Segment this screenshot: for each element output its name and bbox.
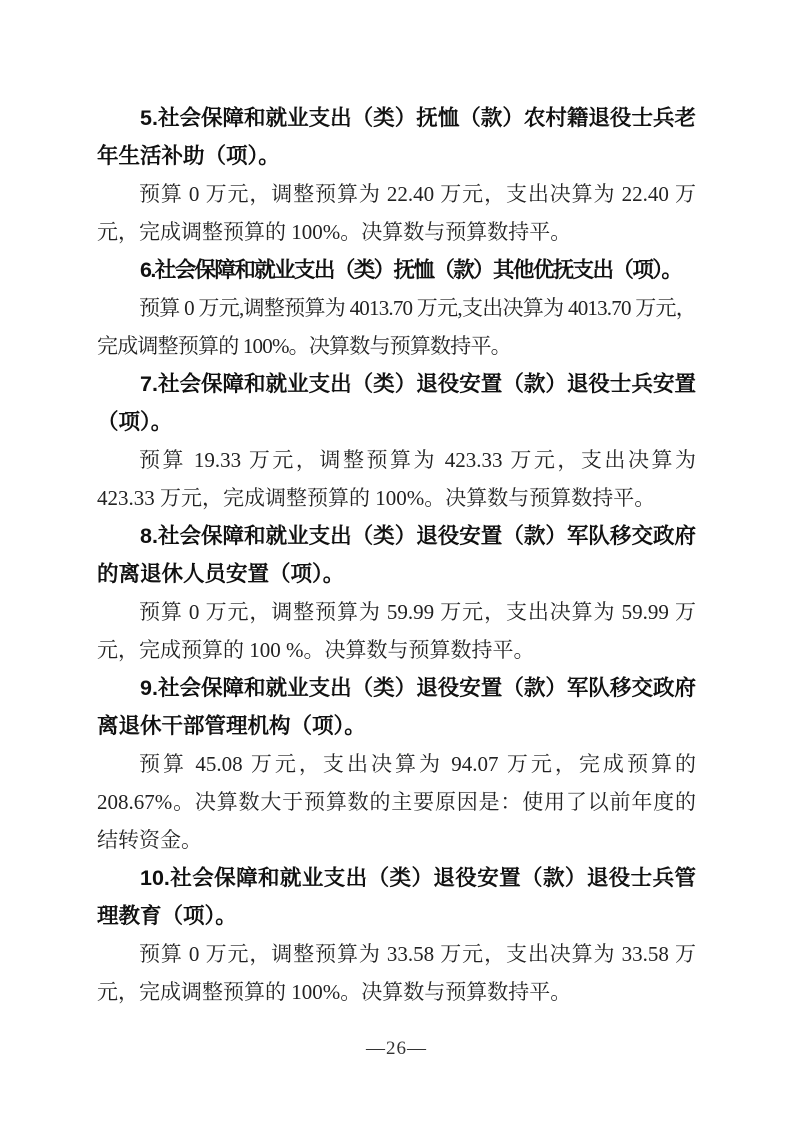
item-9-body: 预算 45.08 万元，支出决算为 94.07 万元，完成预算的 208.67%… bbox=[97, 745, 696, 859]
item-6-heading: 6.社会保障和就业支出（类）抚恤（款）其他优抚支出（项）。 bbox=[97, 251, 696, 289]
item-7-body: 预算 19.33 万元，调整预算为 423.33 万元，支出决算为 423.33… bbox=[97, 441, 696, 517]
document-page: 5.社会保障和就业支出（类）抚恤（款）农村籍退役士兵老年生活补助（项）。 预算 … bbox=[0, 0, 793, 1122]
item-10-heading: 10.社会保障和就业支出（类）退役安置（款）退役士兵管理教育（项）。 bbox=[97, 859, 696, 935]
page-content: 5.社会保障和就业支出（类）抚恤（款）农村籍退役士兵老年生活补助（项）。 预算 … bbox=[97, 99, 696, 1011]
item-8-body: 预算 0 万元，调整预算为 59.99 万元，支出决算为 59.99 万元，完成… bbox=[97, 593, 696, 669]
item-5-heading: 5.社会保障和就业支出（类）抚恤（款）农村籍退役士兵老年生活补助（项）。 bbox=[97, 99, 696, 175]
item-8-heading: 8.社会保障和就业支出（类）退役安置（款）军队移交政府的离退休人员安置（项）。 bbox=[97, 517, 696, 593]
page-number: —26— bbox=[0, 1038, 793, 1060]
item-10-body: 预算 0 万元，调整预算为 33.58 万元，支出决算为 33.58 万元，完成… bbox=[97, 935, 696, 1011]
item-5-body: 预算 0 万元，调整预算为 22.40 万元，支出决算为 22.40 万元，完成… bbox=[97, 175, 696, 251]
item-9-heading: 9.社会保障和就业支出（类）退役安置（款）军队移交政府离退休干部管理机构（项）。 bbox=[97, 669, 696, 745]
item-7-heading: 7.社会保障和就业支出（类）退役安置（款）退役士兵安置（项）。 bbox=[97, 365, 696, 441]
item-6-body: 预算 0 万元,调整预算为 4013.70 万元,支出决算为 4013.70 万… bbox=[97, 289, 696, 365]
